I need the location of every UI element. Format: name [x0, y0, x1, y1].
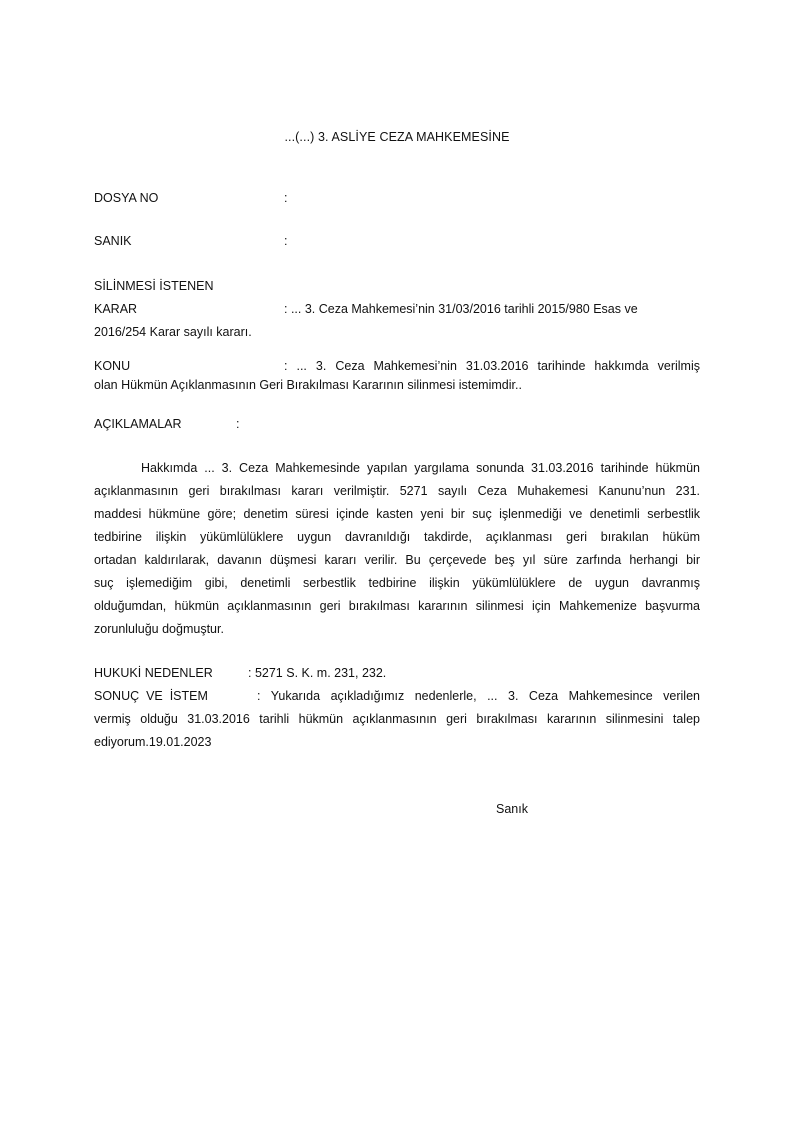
- dosya-no-separator: :: [284, 191, 287, 205]
- hukuki-nedenler-label: HUKUKİ NEDENLER: [94, 666, 213, 680]
- body-line: zorunluluğu doğmuştur.: [94, 622, 224, 636]
- sanik-separator: :: [284, 234, 287, 248]
- karar-value-line-2: 2016/254 Karar sayılı kararı.: [94, 325, 252, 339]
- body-line: açıklanmasının geri bırakılması kararı v…: [94, 484, 700, 498]
- aciklamalar-label: AÇIKLAMALAR: [94, 417, 182, 431]
- silinmesi-istenen-label: SİLİNMESİ İSTENEN: [94, 279, 213, 293]
- document-title: ...(...) 3. ASLİYE CEZA MAHKEMESİNE: [0, 130, 794, 144]
- karar-label: KARAR: [94, 302, 137, 316]
- body-line: Hakkımda ... 3. Ceza Mahkemesinde yapıla…: [141, 461, 700, 475]
- hukuki-nedenler-value: : 5271 S. K. m. 231, 232.: [248, 666, 386, 680]
- sonuc-ve-istem-line-2: vermiş olduğu 31.03.2016 tarihli hükmün …: [94, 712, 700, 726]
- signature-label: Sanık: [496, 802, 528, 816]
- sanik-label: SANIK: [94, 234, 132, 248]
- karar-value-line-1: : ... 3. Ceza Mahkemesi’nin 31/03/2016 t…: [284, 302, 638, 316]
- document-page: ...(...) 3. ASLİYE CEZA MAHKEMESİNE DOSY…: [0, 0, 794, 1123]
- body-line: olduğumdan, hükmün açıklanmasının geri b…: [94, 599, 700, 613]
- konu-value-line-1: : ... 3. Ceza Mahkemesi’nin 31.03.2016 t…: [284, 359, 700, 373]
- sonuc-ve-istem-label: SONUÇ VE İSTEM: [94, 689, 208, 703]
- aciklamalar-separator: :: [236, 417, 239, 431]
- dosya-no-label: DOSYA NO: [94, 191, 158, 205]
- body-line: tedbirine ilişkin yükümlülüklere uygun d…: [94, 530, 700, 544]
- konu-value-line-2: olan Hükmün Açıklanmasının Geri Bırakılm…: [94, 378, 522, 392]
- sonuc-ve-istem-line-3: ediyorum.19.01.2023: [94, 735, 211, 749]
- konu-label: KONU: [94, 359, 130, 373]
- body-line: maddesi hükmüne göre; denetim süresi içi…: [94, 507, 700, 521]
- body-line: ortadan kaldırılarak, davanın düşmesi ka…: [94, 553, 700, 567]
- body-line: suç işlemediğim gibi, denetimli serbestl…: [94, 576, 700, 590]
- sonuc-ve-istem-line-1: : Yukarıda açıkladığımız nedenlerle, ...…: [257, 689, 700, 703]
